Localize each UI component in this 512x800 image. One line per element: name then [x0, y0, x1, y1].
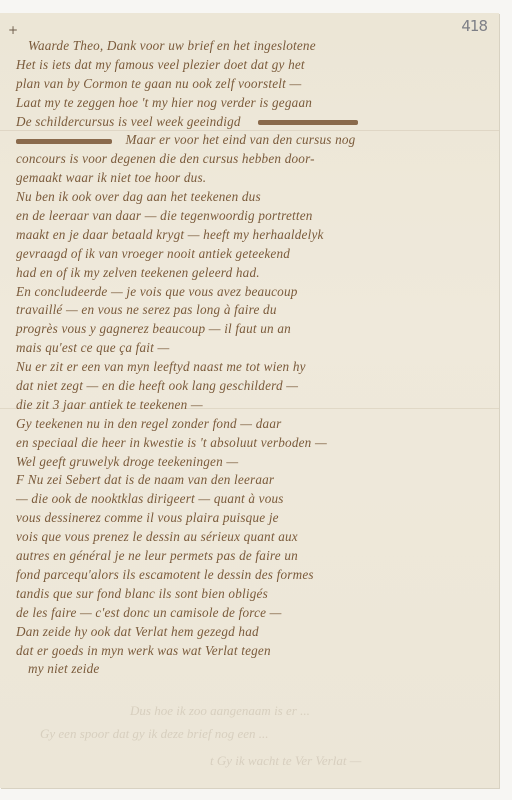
text-line: fond parcequ'alors ils escamotent le des… [16, 566, 489, 585]
text-line-with-strike: Maar er voor het eind van den cursus nog [16, 131, 489, 150]
text-line: — die ook de nooktklas dirigeert — quant… [16, 490, 489, 509]
bleed-through-text: Gy een spoor dat gy ik deze brief nog ee… [40, 726, 269, 742]
handwritten-text-body: Waarde Theo, Dank voor uw brief en het i… [16, 37, 489, 679]
struck-out-text [258, 120, 358, 125]
text-line: En concludeerde — je vois que vous avez … [16, 283, 489, 302]
text-line: en de leeraar van daar — die tegenwoordi… [16, 207, 489, 226]
text-line: Laat my te zeggen hoe 't my hier nog ver… [16, 94, 489, 113]
text-line: mais qu'est ce que ça fait — [16, 339, 489, 358]
text-line: Nu er zit er een van myn leeftyd naast m… [16, 358, 489, 377]
text-line: De schildercursus is veel week geeindigd [16, 114, 241, 129]
struck-out-text [16, 139, 112, 144]
text-line: F Nu zei Sebert dat is de naam van den l… [16, 471, 489, 490]
text-line: Wel geeft gruwelyk droge teekeningen — [16, 453, 489, 472]
text-line: dat niet zegt — en die heeft ook lang ge… [16, 377, 489, 396]
text-line: maakt en je daar betaald krygt — heeft m… [16, 226, 489, 245]
text-line: Waarde Theo, Dank voor uw brief en het i… [16, 37, 489, 56]
text-line: tandis que sur fond blanc ils sont bien … [16, 585, 489, 604]
text-line: had en of ik my zelven teekenen geleerd … [16, 264, 489, 283]
folio-number: 418 [461, 17, 487, 35]
letter-page: + 418 Dus hoe ik zoo aangenaam is er ...… [0, 13, 499, 788]
text-line: Gy teekenen nu in den regel zonder fond … [16, 415, 489, 434]
text-line: en speciaal die heer in kwestie is 't ab… [16, 434, 489, 453]
text-line: Maar er voor het eind van den cursus nog [126, 132, 356, 147]
text-line: autres en général je ne leur permets pas… [16, 547, 489, 566]
text-line: vois que vous prenez le dessin au sérieu… [16, 528, 489, 547]
text-line: vous dessinerez comme il vous plaira pui… [16, 509, 489, 528]
bleed-through-text: t Gy ik wacht te Ver Verlat — [210, 753, 361, 769]
text-line: plan van by Cormon te gaan nu ook zelf v… [16, 75, 489, 94]
margin-cross-mark: + [8, 23, 18, 37]
bleed-through-text: Dus hoe ik zoo aangenaam is er ... [130, 703, 310, 719]
text-line: my niet zeide [16, 660, 489, 679]
text-line-with-strike: De schildercursus is veel week geeindigd [16, 113, 489, 132]
text-line: Het is iets dat my famous veel plezier d… [16, 56, 489, 75]
text-line: Dan zeide hy ook dat Verlat hem gezegd h… [16, 623, 489, 642]
text-line: dat er goeds in myn werk was wat Verlat … [16, 642, 489, 661]
text-line: progrès vous y gagnerez beaucoup — il fa… [16, 320, 489, 339]
text-line: de les faire — c'est donc un camisole de… [16, 604, 489, 623]
text-line: gevraagd of ik van vroeger nooit antiek … [16, 245, 489, 264]
text-line: concours is voor degenen die den cursus … [16, 150, 489, 169]
text-line: Nu ben ik ook over dag aan het teekenen … [16, 188, 489, 207]
text-line: travaillé — en vous ne serez pas long à … [16, 301, 489, 320]
text-line: die zit 3 jaar antiek te teekenen — [16, 396, 489, 415]
text-line: gemaakt waar ik niet toe hoor dus. [16, 169, 489, 188]
